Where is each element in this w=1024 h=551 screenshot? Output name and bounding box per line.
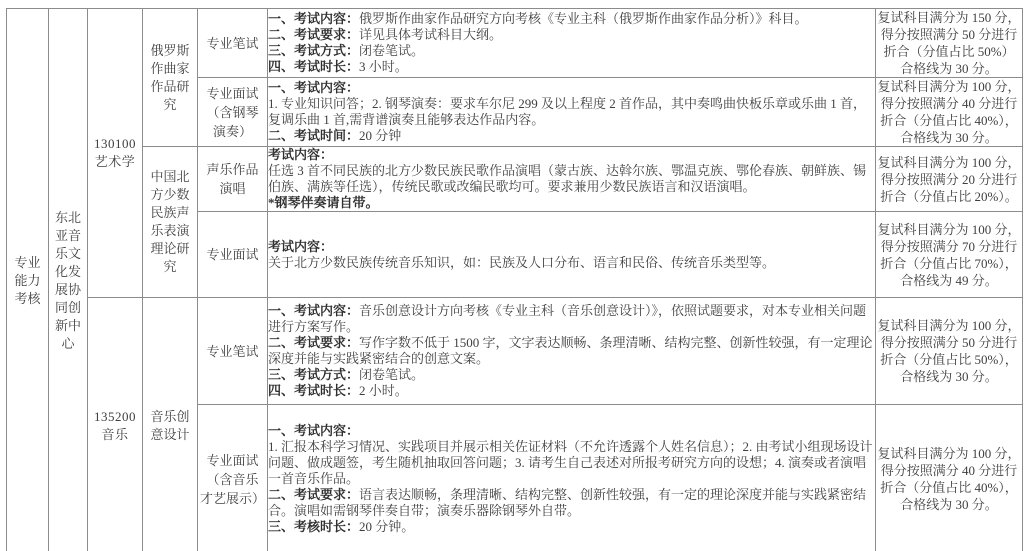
exam-content-cell-1: 一、考试内容：俄罗斯作曲家作品研究方向考核《专业主科（俄罗斯作曲家作品分析）》科… [268,9,876,78]
exam-type-cell-interview-1: 专业面试 [198,212,268,298]
research-direction-cell-northern-minority-vocal: 中国北 方少数 民族声 乐表演 理论研 究 [143,147,198,298]
exam-type-cell-written-1: 专业笔试 [198,9,268,78]
exam-requirements-table: 专业 能力 考核 东北 亚音 乐文 化发 展协 同创 新中 心 130100 艺… [6,8,1023,551]
category-cell: 专业 能力 考核 [7,9,49,551]
exam-type-cell-interview-piano: 专业面试 （含钢琴 演奏） [198,78,268,147]
exam-type-cell-written-2: 专业笔试 [198,298,268,405]
exam-type-cell-vocal-performance: 声乐作品 演唱 [198,147,268,212]
exam-content-cell-4: 考试内容： 关于北方少数民族传统音乐知识，如：民族及人口分布、语言和民俗、传统音… [268,212,876,298]
major-code-cell-135200: 135200 音乐 [88,298,143,551]
scoring-rule-cell-5: 复试科目满分为 100 分， 得分按照满分 50 分进行 折合（分值占比 50%… [876,298,1023,405]
scoring-rule-cell-3: 复试科目满分为 100 分， 得分按照满分 20 分进行 折合（分值占比 20%… [876,147,1023,212]
organization-cell: 东北 亚音 乐文 化发 展协 同创 新中 心 [49,9,88,551]
major-code-cell-130100: 130100 艺术学 [88,9,143,298]
research-direction-cell-music-creative-design: 音乐创 意设计 [143,298,198,551]
scoring-rule-cell-6: 复试科目满分为 100 分， 得分按照满分 40 分进行 折合（分值占比 40%… [876,405,1023,551]
document-page: 专业 能力 考核 东北 亚音 乐文 化发 展协 同创 新中 心 130100 艺… [0,0,1024,551]
exam-type-cell-interview-talent: 专业面试 （含音乐 才艺展示） [198,405,268,551]
scoring-rule-cell-4: 复试科目满分为 100 分， 得分按照满分 70 分进行 折合（分值占比 70%… [876,212,1023,298]
exam-content-cell-2: 一、考试内容： 1. 专业知识问答；2. 钢琴演奏：要求车尔尼 299 及以上程… [268,78,876,147]
research-direction-cell-russian-composers: 俄罗斯 作曲家 作品研 究 [143,9,198,147]
scoring-rule-cell-2: 复试科目满分为 100 分， 得分按照满分 40 分进行 折合（分值占比 40%… [876,78,1023,147]
exam-content-cell-5: 一、考试内容：音乐创意设计方向考核《专业主科（音乐创意设计）》，依照试题要求，对… [268,298,876,405]
scoring-rule-cell-1: 复试科目满分为 150 分， 得分按照满分 50 分进行 折合（分值占比 50%… [876,9,1023,78]
exam-content-cell-6: 一、考试内容： 1. 汇报本科学习情况、实践项目并展示相关佐证材料（不允许透露个… [268,405,876,551]
exam-content-cell-3: 考试内容： 任选 3 首不同民族的北方少数民族民歌作品演唱（蒙古族、达斡尔族、鄂… [268,147,876,212]
